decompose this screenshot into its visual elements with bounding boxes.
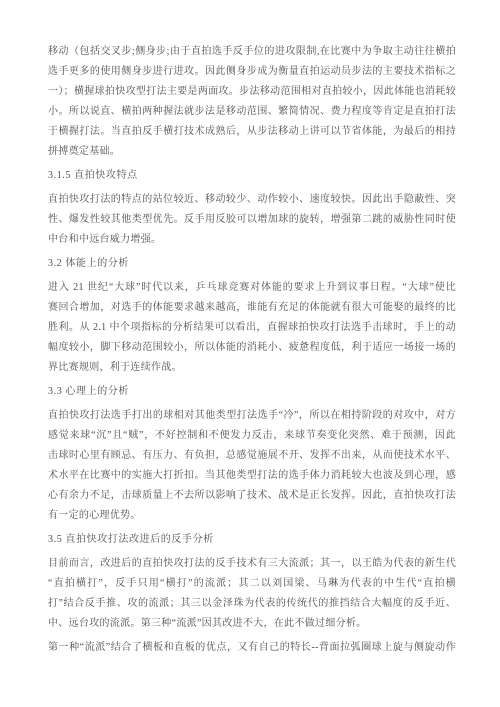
text-line: 幅度较小，脚下移动范围较小，所以体能的消耗小、疲惫程度低，利于适应一场接一场的世 [48,338,456,358]
section-heading: 3.5 直拍快攻打法改进后的反手分析 [48,530,456,550]
text-line: 直拍快攻打法选手打出的球相对其他类型打法选手“冷”，所以在相持阶段的对攻中，对方 [48,406,456,426]
paragraph: 目前而言，改进后的直拍快攻打法的反手技术有三大流派；其一，以王皓为代表的新生代“… [48,554,456,634]
text-line: 击球时心里有顾忌、有压力、有负担，总感觉施展不开、发挥不出来，从而使技术水平、战 [48,446,456,466]
section-heading: 3.1.5 直拍快攻特点 [48,166,456,186]
section-heading-text: 3.5 直拍快攻打法改进后的反手分析 [48,530,456,550]
text-line: 中、远台攻的流派。第三种“流派”因其改进不大，在此不做过细分析。 [48,614,456,634]
text-line: 感觉来球“沉”且“贼”，不好控制和不便发力反击，来球节奏变化突然、难于预测，因此 [48,426,456,446]
text-line: 打”结合反手推、攻的流派；其三以金泽珠为代表的传统代的推挡结合大幅度的反手近、 [48,594,456,614]
text-line: 于横握打法。当直拍反手横打技术成熟后，从步法移动上讲可以节省体能，为最后的相持和 [48,122,456,142]
text-line: 拼搏奠定基础。 [48,142,456,162]
paragraph: 进入 21 世纪“大球”时代以来，乒乓球竞赛对体能的要求上升到议事日程。“大球”… [48,278,456,378]
text-line: 目前而言，改进后的直拍快攻打法的反手技术有三大流派；其一，以王皓为代表的新生代 [48,554,456,574]
paragraph: 第一种“流派”结合了横板和直板的优点，又有自己的特长--背面拉弧圈球上旋与侧旋动… [48,638,456,658]
text-line: “直拍横打”，反手只用“横打”的流派；其二以刘国梁、马琳为代表的中生代“直拍横 [48,574,456,594]
text-line: 一）；横握球拍快攻型打法主要是两面攻。步法移动范围相对直拍较小，因此体能也消耗较 [48,82,456,102]
text-line: 直拍快攻打法的特点的站位较近、移动较少、动作较小、速度较快。因此出手隐蔽性、突然 [48,190,456,210]
section-heading-text: 3.2 体能上的分析 [48,254,456,274]
text-line: 有一定的心理优势。 [48,506,456,526]
text-line: 胜利。从 2.1 中个项指标的分析结果可以看出，直握球拍快攻打法选手击球时，手上… [48,318,456,338]
paragraph: 直拍快攻打法的特点的站位较近、移动较少、动作较小、速度较快。因此出手隐蔽性、突然… [48,190,456,250]
section-heading: 3.3 心理上的分析 [48,382,456,402]
text-line: 界比赛规则，利于连续作战。 [48,358,456,378]
paragraph: 直拍快攻打法选手打出的球相对其他类型打法选手“冷”，所以在相持阶段的对攻中，对方… [48,406,456,526]
text-line: 选手更多的使用侧身步进行进攻。因此侧身步成为衡量直拍运动员步法的主要技术指标之 [48,62,456,82]
text-line: 第一种“流派”结合了横板和直板的优点，又有自己的特长--背面拉弧圈球上旋与侧旋动… [48,638,456,658]
text-line: 赛回合增加，对选手的体能要求越来越高，谁能有充足的体能就有很大可能娶的最终的比赛 [48,298,456,318]
text-line: 进入 21 世纪“大球”时代以来，乒乓球竞赛对体能的要求上升到议事日程。“大球”… [48,278,456,298]
text-line: 中台和中远台威力增强。 [48,230,456,250]
text-line: 术水平在比赛中的实施大打折扣。当其他类型打法的选手体力消耗较大也波及到心理，感觉 [48,466,456,486]
text-line: 小。所以说直、横拍两种握法就步法是移动范围、繁简情况、费力程度等肯定是直拍打法大 [48,102,456,122]
section-heading-text: 3.3 心理上的分析 [48,382,456,402]
paragraph: 移动（包括交叉步;侧身步;由于直拍选手反手位的进攻限制,在比赛中为争取主动往往横… [48,42,456,162]
section-heading: 3.2 体能上的分析 [48,254,456,274]
document-page: 移动（包括交叉步;侧身步;由于直拍选手反手位的进攻限制,在比赛中为争取主动往往横… [0,0,500,707]
section-heading-text: 3.1.5 直拍快攻特点 [48,166,456,186]
text-line: 移动（包括交叉步;侧身步;由于直拍选手反手位的进攻限制,在比赛中为争取主动往往横… [48,42,456,62]
text-line: 性、爆发性较其他类型优先。反手用反胶可以增加球的旋转，增强第二跳的威胁性同时使得 [48,210,456,230]
document-content: 移动（包括交叉步;侧身步;由于直拍选手反手位的进攻限制,在比赛中为争取主动往往横… [48,42,456,658]
text-line: 心有余力不足，击球质量上不去所以影响了技术、战术是正长发挥。因此，直拍快攻打法具 [48,486,456,506]
